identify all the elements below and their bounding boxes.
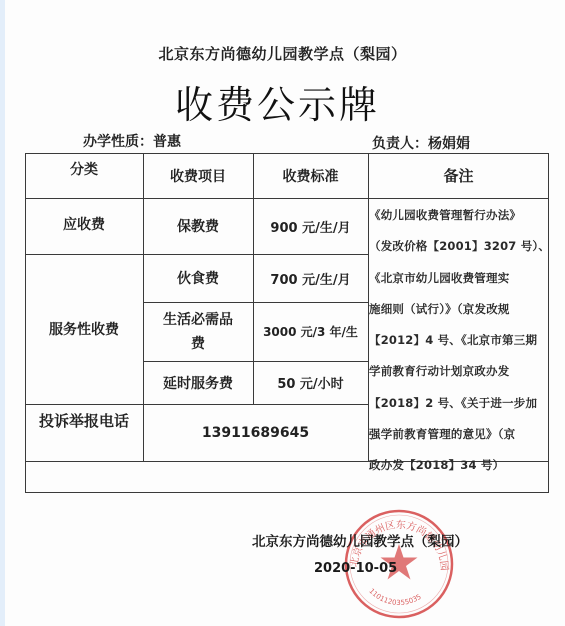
school-nature: 办学性质：普惠 bbox=[83, 131, 181, 151]
remarks-line: 《幼儿园收费管理暂行办法》 bbox=[369, 200, 547, 231]
category-service: 服务性收费 bbox=[25, 254, 143, 404]
remarks-line: 【2012】4 号、《北京市第三期 bbox=[369, 325, 547, 356]
signature-org: 北京东方尚德幼儿园教学点（梨园） bbox=[252, 530, 468, 550]
complaint-phone: 13911689645 bbox=[143, 404, 368, 461]
item-extended-care: 延时服务费 bbox=[143, 361, 253, 404]
person-in-charge-value: 杨娟娟 bbox=[428, 136, 470, 152]
complaint-label: 投诉举报电话 bbox=[25, 404, 143, 461]
remarks-line: 《北京市幼儿园收费管理实 bbox=[369, 263, 547, 294]
table-border-bottom bbox=[25, 492, 549, 493]
school-nature-value: 普惠 bbox=[153, 134, 181, 150]
org-title: 北京东方尚德幼儿园教学点（梨园） bbox=[0, 43, 565, 64]
category-required: 应收费 bbox=[25, 198, 143, 254]
table-border-right bbox=[548, 153, 549, 493]
remarks-line: 政办发【2018】34 号） bbox=[369, 450, 547, 481]
remarks-line: 施细则（试行）》（京发改规 bbox=[369, 294, 547, 325]
signature-date: 2020-10-05 bbox=[314, 561, 397, 576]
standard-meals: 700 元/生/月 bbox=[253, 254, 368, 302]
person-in-charge-label: 负责人： bbox=[372, 136, 428, 152]
standard-extended-care: 50 元/小时 bbox=[253, 361, 368, 404]
remarks-line: （发改价格【2001】3207 号）、 bbox=[369, 231, 547, 262]
remarks-line: 学前教育行动计划京政办发 bbox=[369, 356, 547, 387]
header-standard: 收费标准 bbox=[253, 153, 368, 198]
header-item: 收费项目 bbox=[143, 153, 253, 198]
header-remarks: 备注 bbox=[368, 153, 549, 198]
remarks-line: 【2018】2 号、《关于进一步加 bbox=[369, 388, 547, 419]
standard-necessities: 3000 元/3 年/生 bbox=[253, 302, 368, 361]
person-in-charge: 负责人：杨娟娟 bbox=[372, 133, 470, 153]
item-tuition: 保教费 bbox=[143, 198, 253, 254]
remarks-line: 强学前教育管理的意见》（京 bbox=[369, 419, 547, 450]
svg-text:1101120355035: 1101120355035 bbox=[367, 587, 422, 607]
item-meals: 伙食费 bbox=[143, 254, 253, 302]
school-nature-label: 办学性质： bbox=[83, 134, 153, 150]
item-necessities: 生活必需品费 bbox=[143, 302, 253, 361]
fee-table: 分类 收费项目 收费标准 备注 应收费 保教费 900 元/生/月 服务性收费 … bbox=[25, 153, 549, 493]
standard-tuition: 900 元/生/月 bbox=[253, 198, 368, 254]
header-category: 分类 bbox=[25, 153, 143, 198]
main-title: 收费公示牌 bbox=[0, 74, 565, 129]
remarks-text: 《幼儿园收费管理暂行办法》 （发改价格【2001】3207 号）、 《北京市幼儿… bbox=[369, 200, 547, 482]
